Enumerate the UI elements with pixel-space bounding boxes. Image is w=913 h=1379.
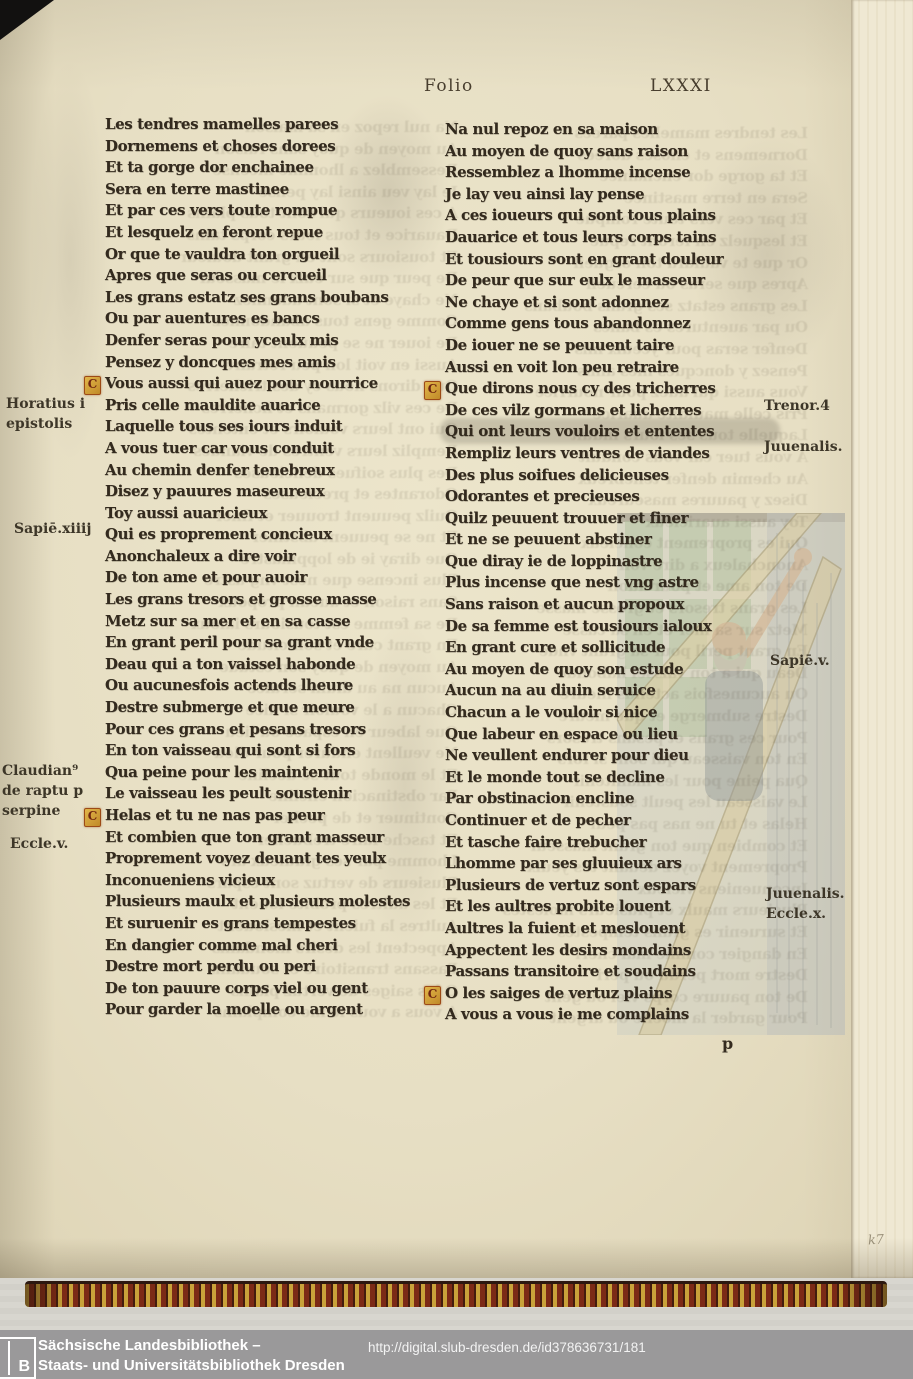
verse-line: Et le monde tout se decline <box>445 768 785 790</box>
document-url: http://digital.slub-dresden.de/id3786367… <box>368 1340 646 1355</box>
verse-line: De iouer ne se peuuent taire <box>445 336 785 358</box>
verse-line: Pour garder la moelle ou argent <box>105 1000 445 1022</box>
line-text: Apres que seras ou cercueil <box>105 266 327 284</box>
verse-line: Pour ces grans et pesans tresors <box>105 720 445 742</box>
verse-line: CO les saiges de vertuz plains <box>445 984 785 1006</box>
verse-line: De peur que sur eulx le masseur <box>445 271 785 293</box>
line-text: Au moyen de quoy sans raison <box>445 142 688 160</box>
line-text: Eccle.v. <box>10 836 68 852</box>
margin-note-line: Sapiē.v. <box>770 651 830 671</box>
line-text: Pensez y doncques mes amis <box>105 353 336 371</box>
line-text: Rempliz leurs ventres de viandes <box>445 444 709 462</box>
margin-note-line: de raptu p <box>2 781 83 801</box>
line-text: Sapiē.xiiij <box>14 521 91 537</box>
quire-signature: p <box>722 1034 733 1053</box>
verse-line: Destre mort perdu ou peri <box>105 957 445 979</box>
margin-note-sapientia-v: Sapiē.v. <box>770 651 830 671</box>
line-text: Par obstinacion encline <box>445 789 634 807</box>
margin-note-line: Horatius i <box>6 394 85 414</box>
verse-line: Or que te vauldra ton orgueil <box>105 245 445 267</box>
margin-note-juvenalis-1: Juuenalis. <box>764 437 843 457</box>
line-text: Les grans estatz ses grans boubans <box>105 288 388 306</box>
verse-line: De ton ame et pour auoir <box>105 568 445 590</box>
line-text: Qui es proprement concieux <box>105 525 332 543</box>
verse-line: Quilz peuuent trouuer et finer <box>445 509 785 531</box>
margin-note-line: Juuenalis. <box>766 884 845 904</box>
line-text: Les tendres mamelles parees <box>105 115 338 133</box>
line-text: O les saiges de vertuz plains <box>445 984 672 1002</box>
verse-line: Plusieurs maulx et plusieurs molestes <box>105 892 445 914</box>
verse-line: Que labeur en espace ou lieu <box>445 725 785 747</box>
line-text: Toy aussi auaricieux <box>105 504 267 522</box>
line-text: Et ta gorge dor enchainee <box>105 158 314 176</box>
line-text: De peur que sur eulx le masseur <box>445 271 705 289</box>
line-text: Lhomme par ses gluuieux ars <box>445 854 682 872</box>
verse-line: Et tousiours sont en grant douleur <box>445 250 785 272</box>
line-text: Et par ces vers toute rompue <box>105 201 337 219</box>
line-text: Juuenalis. <box>766 886 845 902</box>
line-text: Et le monde tout se decline <box>445 768 665 786</box>
verse-line: Aussi en voit lon peu retraire <box>445 358 785 380</box>
verse-line: Et combien que ton grant masseur <box>105 828 445 850</box>
verse-line: Deau qui a ton vaissel habonde <box>105 655 445 677</box>
line-text: Quilz peuuent trouuer et finer <box>445 509 688 527</box>
line-text: De ton ame et pour auoir <box>105 568 307 586</box>
verse-line: A vous tuer car vous conduit <box>105 439 445 461</box>
verse-line: Les grans estatz ses grans boubans <box>105 288 445 310</box>
line-text: Denfer seras pour yceulx mis <box>105 331 338 349</box>
page-corner-annotation: k7 <box>867 1232 884 1248</box>
line-text: Pour ces grans et pesans tresors <box>105 720 366 738</box>
line-text: Destre submerge et que meure <box>105 698 354 716</box>
line-text: Passans transitoire et soudains <box>445 962 696 980</box>
line-text: Des plus soifues delicieuses <box>445 466 669 484</box>
margin-note-line: Trenor.4 <box>764 396 830 416</box>
verse-line: Destre submerge et que meure <box>105 698 445 720</box>
verse-column-left: Les tendres mamelles pareesDornemens et … <box>105 115 445 1022</box>
gilt-book-edge <box>25 1281 887 1307</box>
line-text: Pris celle mauldite auarice <box>105 396 320 414</box>
line-text: Claudian⁹ <box>2 763 78 779</box>
line-text: Que diray ie de loppinastre <box>445 552 662 570</box>
verse-line: Je lay veu ainsi lay pense <box>445 185 785 207</box>
verse-line: Et par ces vers toute rompue <box>105 201 445 223</box>
verse-line: De ton pauure corps viel ou gent <box>105 979 445 1001</box>
line-text: Destre mort perdu ou peri <box>105 957 316 975</box>
verse-line: Aucun na au diuin seruice <box>445 681 785 703</box>
library-name-line2: Staats- und Universitätsbibliothek Dresd… <box>38 1356 345 1376</box>
verse-line: Plus incense que nest vng astre <box>445 573 785 595</box>
verse-line: Les grans tresors et grosse masse <box>105 590 445 612</box>
verse-line: Odorantes et precieuses <box>445 487 785 509</box>
margin-note-line: Juuenalis. <box>764 437 843 457</box>
illuminated-paragraph-mark: C <box>424 381 441 400</box>
margin-note-juvenalis-ecclesiastes: Juuenalis.Eccle.x. <box>766 884 845 924</box>
line-text: De ces vilz gormans et licherres <box>445 401 701 419</box>
margin-note-line: epistolis <box>6 414 85 434</box>
library-name: Sächsische Landesbibliothek – Staats- un… <box>38 1336 345 1376</box>
line-text: Ressemblez a lhomme incense <box>445 163 690 181</box>
illuminated-paragraph-mark: C <box>424 986 441 1005</box>
verse-line: Dornemens et choses dorees <box>105 137 445 159</box>
line-text: Je lay veu ainsi lay pense <box>445 185 644 203</box>
verse-line: Ne veullent endurer pour dieu <box>445 746 785 768</box>
verse-line: Par obstinacion encline <box>445 789 785 811</box>
margin-note-line: Eccle.x. <box>766 904 845 924</box>
verse-line: Que diray ie de loppinastre <box>445 552 785 574</box>
page-right-edge <box>851 0 913 1278</box>
slub-logo: B <box>0 1337 36 1379</box>
line-text: Ou aucunesfois actends lheure <box>105 676 353 694</box>
verse-line: Et tasche faire trebucher <box>445 833 785 855</box>
verse-line: Pensez y doncques mes amis <box>105 353 445 375</box>
verse-line: En ton vaisseau qui sont si fors <box>105 741 445 763</box>
verse-line: CQue dirons nous cy des tricherres <box>445 379 785 401</box>
verse-line: Aultres la fuient et meslouent <box>445 919 785 941</box>
line-text: Et combien que ton grant masseur <box>105 828 384 846</box>
line-text: Au chemin denfer tenebreux <box>105 461 334 479</box>
margin-note-trenor: Trenor.4 <box>764 396 830 416</box>
verse-line: Pris celle mauldite auarice <box>105 396 445 418</box>
margin-note-ecclesiastes-v: Eccle.v. <box>10 834 68 854</box>
verse-line: Passans transitoire et soudains <box>445 962 785 984</box>
page-bottom-shadow <box>0 1238 913 1278</box>
line-text: Et tasche faire trebucher <box>445 833 646 851</box>
line-text: A vous a vous ie me complains <box>445 1005 689 1023</box>
line-text: En ton vaisseau qui sont si fors <box>105 741 355 759</box>
line-text: Continuer et de pecher <box>445 811 631 829</box>
line-text: De sa femme est tousiours ialoux <box>445 617 711 635</box>
line-text: Le vaisseau les peult soustenir <box>105 784 351 802</box>
line-text: Appectent les desirs mondains <box>445 941 691 959</box>
verse-line: En grant peril pour sa grant vnde <box>105 633 445 655</box>
line-text: Ou par auentures es bancs <box>105 309 319 327</box>
verse-line: Laquelle tous ses iours induit <box>105 417 445 439</box>
line-text: Inconueniens vicieux <box>105 871 275 889</box>
verse-line: Denfer seras pour yceulx mis <box>105 331 445 353</box>
verse-line: Ressemblez a lhomme incense <box>445 163 785 185</box>
library-name-line1: Sächsische Landesbibliothek – <box>38 1336 345 1356</box>
line-text: Que dirons nous cy des tricherres <box>445 379 715 397</box>
scan-corner-shadow <box>0 0 54 40</box>
illuminated-paragraph-mark: C <box>84 808 101 827</box>
verse-line: Anonchaleux a dire voir <box>105 547 445 569</box>
line-text: Que labeur en espace ou lieu <box>445 725 678 743</box>
line-text: Proprement voyez deuant tes yeulx <box>105 849 386 867</box>
verse-line: Ou par auentures es bancs <box>105 309 445 331</box>
line-text: Sera en terre mastinee <box>105 180 289 198</box>
verse-line: Qua peine pour les maintenir <box>105 763 445 785</box>
verse-line: Chacun a le vouloir si nice <box>445 703 785 725</box>
line-text: A ces ioueurs qui sont tous plains <box>445 206 716 224</box>
verse-line: Plusieurs de vertuz sont espars <box>445 876 785 898</box>
line-text: Eccle.x. <box>766 906 826 922</box>
verse-line: Ou aucunesfois actends lheure <box>105 676 445 698</box>
verse-line: A ces ioueurs qui sont tous plains <box>445 206 785 228</box>
verse-line: Dauarice et tous leurs corps tains <box>445 228 785 250</box>
line-text: Horatius i <box>6 396 85 412</box>
verse-line: Rempliz leurs ventres de viandes <box>445 444 785 466</box>
verse-line: Et lesquelz en feront repue <box>105 223 445 245</box>
line-text: En dangier comme mal cheri <box>105 936 337 954</box>
line-text: Sans raison et aucun propoux <box>445 595 684 613</box>
line-text: En grant peril pour sa grant vnde <box>105 633 374 651</box>
line-text: Disez y pauures maseureux <box>105 482 324 500</box>
verse-line: Et ta gorge dor enchainee <box>105 158 445 180</box>
line-text: Helas et tu ne nas pas peur <box>105 806 324 824</box>
verse-line: De sa femme est tousiours ialoux <box>445 617 785 639</box>
line-text: Metz sur sa mer et en sa casse <box>105 612 350 630</box>
margin-note-line: Sapiē.xiiij <box>14 519 91 539</box>
line-text: epistolis <box>6 416 72 432</box>
line-text: Na nul repoz en sa maison <box>445 120 658 138</box>
line-text: Et tousiours sont en grant douleur <box>445 250 723 268</box>
line-text: Plusieurs maulx et plusieurs molestes <box>105 892 410 910</box>
verse-line: Qui ont leurs vouloirs et ententes <box>445 422 785 444</box>
illuminated-paragraph-mark: C <box>84 376 101 395</box>
line-text: De ton pauure corps viel ou gent <box>105 979 368 997</box>
verse-line: Le vaisseau les peult soustenir <box>105 784 445 806</box>
library-watermark-bar: B Sächsische Landesbibliothek – Staats- … <box>0 1330 913 1379</box>
line-text: Or que te vauldra ton orgueil <box>105 245 339 263</box>
line-text: Anonchaleux a dire voir <box>105 547 295 565</box>
line-text: Et suruenir es grans tempestes <box>105 914 356 932</box>
verse-line: De ces vilz gormans et licherres <box>445 401 785 423</box>
line-text: Les grans tresors et grosse masse <box>105 590 376 608</box>
verse-line: Lhomme par ses gluuieux ars <box>445 854 785 876</box>
verse-line: Au moyen de quoy son estude <box>445 660 785 682</box>
line-text: Ne veullent endurer pour dieu <box>445 746 689 764</box>
verse-line: Disez y pauures maseureux <box>105 482 445 504</box>
verse-line: Et ne se peuuent abstiner <box>445 530 785 552</box>
line-text: Comme gens tous abandonnez <box>445 314 690 332</box>
line-text: Odorantes et precieuses <box>445 487 639 505</box>
verse-line: Au moyen de quoy sans raison <box>445 142 785 164</box>
verse-line: En grant cure et sollicitude <box>445 638 785 660</box>
verse-line: Proprement voyez deuant tes yeulx <box>105 849 445 871</box>
line-text: Aussi en voit lon peu retraire <box>445 358 679 376</box>
line-text: Aucun na au diuin seruice <box>445 681 656 699</box>
line-text: Qua peine pour les maintenir <box>105 763 341 781</box>
verse-line: Ne chaye et si sont adonnez <box>445 293 785 315</box>
line-text: Juuenalis. <box>764 439 843 455</box>
verse-line: Apres que seras ou cercueil <box>105 266 445 288</box>
line-text: Sapiē.v. <box>770 653 830 669</box>
verse-line: Comme gens tous abandonnez <box>445 314 785 336</box>
folio-number: LXXXI <box>650 76 712 96</box>
line-text: serpine <box>2 803 60 819</box>
verse-column-right: Na nul repoz en sa maisonAu moyen de quo… <box>445 120 785 1027</box>
verse-line: Na nul repoz en sa maison <box>445 120 785 142</box>
margin-note-sapientia-xiiij: Sapiē.xiiij <box>14 519 91 539</box>
line-text: Deau qui a ton vaissel habonde <box>105 655 355 673</box>
verse-line: CHelas et tu ne nas pas peur <box>105 806 445 828</box>
line-text: Trenor.4 <box>764 398 830 414</box>
verse-line: Les tendres mamelles parees <box>105 115 445 137</box>
margin-note-horatius: Horatius iepistolis <box>6 394 85 434</box>
verse-line: Continuer et de pecher <box>445 811 785 833</box>
line-text: En grant cure et sollicitude <box>445 638 665 656</box>
line-text: Plusieurs de vertuz sont espars <box>445 876 696 894</box>
slub-logo-glyph: B <box>18 1358 30 1376</box>
line-text: Qui ont leurs vouloirs et ententes <box>445 422 714 440</box>
line-text: A vous tuer car vous conduit <box>105 439 334 457</box>
verse-line: En dangier comme mal cheri <box>105 936 445 958</box>
line-text: Vous aussi qui auez pour nourrice <box>105 374 378 392</box>
verse-line: Sans raison et aucun propoux <box>445 595 785 617</box>
line-text: Ne chaye et si sont adonnez <box>445 293 669 311</box>
verse-line: Sera en terre mastinee <box>105 180 445 202</box>
line-text: de raptu p <box>2 783 83 799</box>
verse-line: Et suruenir es grans tempestes <box>105 914 445 936</box>
line-text: Et lesquelz en feront repue <box>105 223 323 241</box>
line-text: Chacun a le vouloir si nice <box>445 703 657 721</box>
verse-line: Qui es proprement concieux <box>105 525 445 547</box>
verse-line: Appectent les desirs mondains <box>445 941 785 963</box>
manuscript-page: Na nul repoz en sa maisonAu moyen de quo… <box>0 0 913 1278</box>
margin-note-line: Claudian⁹ <box>2 761 83 781</box>
line-text: Et ne se peuuent abstiner <box>445 530 652 548</box>
verse-line: Et les aultres probite louent <box>445 897 785 919</box>
verse-line: Au chemin denfer tenebreux <box>105 461 445 483</box>
line-text: De iouer ne se peuuent taire <box>445 336 674 354</box>
line-text: Au moyen de quoy son estude <box>445 660 683 678</box>
margin-note-line: Eccle.v. <box>10 834 68 854</box>
line-text: Aultres la fuient et meslouent <box>445 919 685 937</box>
line-text: Dauarice et tous leurs corps tains <box>445 228 716 246</box>
verse-line: A vous a vous ie me complains <box>445 1005 785 1027</box>
line-text: Dornemens et choses dorees <box>105 137 335 155</box>
margin-note-line: serpine <box>2 801 83 821</box>
line-text: Plus incense que nest vng astre <box>445 573 699 591</box>
verse-line: CVous aussi qui auez pour nourrice <box>105 374 445 396</box>
verse-line: Toy aussi auaricieux <box>105 504 445 526</box>
verse-line: Des plus soifues delicieuses <box>445 466 785 488</box>
margin-note-claudianus: Claudian⁹de raptu pserpine <box>2 761 83 821</box>
verse-line: Metz sur sa mer et en sa casse <box>105 612 445 634</box>
line-text: Et les aultres probite louent <box>445 897 671 915</box>
folio-label: Folio <box>424 76 474 96</box>
line-text: Laquelle tous ses iours induit <box>105 417 342 435</box>
verse-line: Inconueniens vicieux <box>105 871 445 893</box>
line-text: Pour garder la moelle ou argent <box>105 1000 363 1018</box>
